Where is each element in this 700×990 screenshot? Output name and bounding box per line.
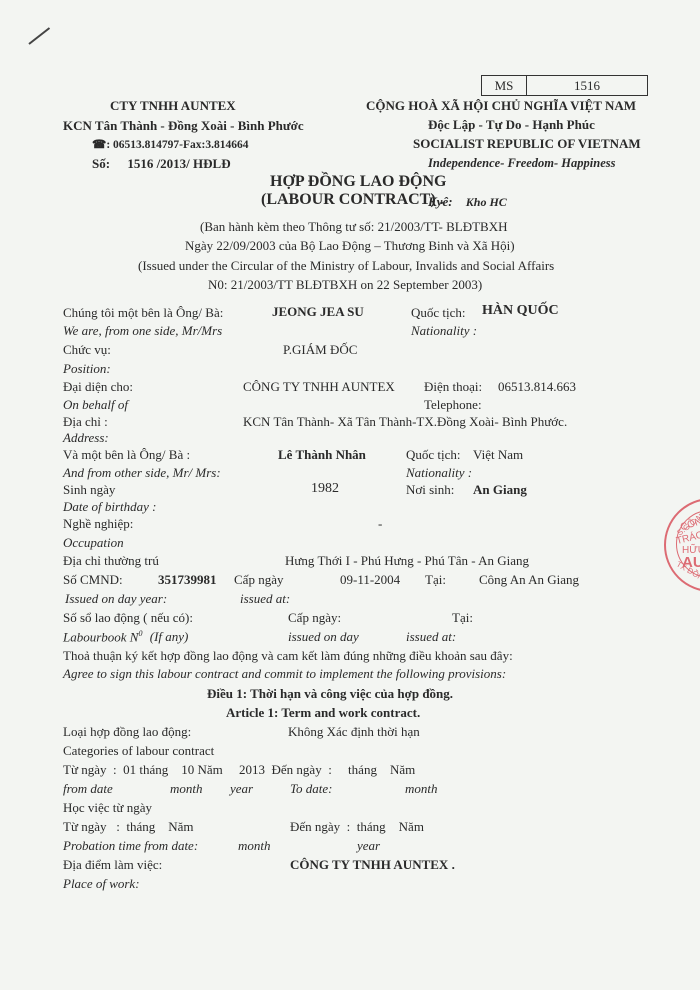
kye: Kyê: Kho HC bbox=[428, 194, 507, 210]
phone-fax: : 06513.814797-Fax:3.814664 bbox=[106, 139, 248, 151]
employee-birthplace: An Giang bbox=[473, 482, 527, 498]
term-dates-row: Từ ngày : 01 tháng 10 Năm 2013 Đến ngày … bbox=[63, 762, 415, 778]
title-vn: HỢP ĐỒNG LAO ĐỘNG bbox=[270, 173, 446, 191]
probation-from-en: Probation time from date: bbox=[63, 838, 198, 854]
employer-nationality-label-en: Nationality : bbox=[411, 323, 477, 339]
labourbook-issue-label-en: issued on day bbox=[288, 629, 359, 645]
workplace-value: CÔNG TY TNHH AUNTEX . bbox=[290, 857, 455, 873]
company-name: CTY TNHH AUNTEX bbox=[110, 98, 236, 114]
employee-id-issue-date: 09-11-2004 bbox=[340, 572, 400, 588]
id-place-label: Tại: bbox=[425, 572, 446, 588]
agreement-en: Agree to sign this labour contract and c… bbox=[63, 666, 506, 682]
labourbook-issue-label: Cấp ngày: bbox=[288, 610, 341, 626]
year-en: year bbox=[230, 781, 253, 797]
birth-label-vn: Sinh ngày bbox=[63, 482, 115, 498]
probation-year-en: year bbox=[357, 838, 380, 854]
id-label: Số CMND: bbox=[63, 572, 123, 588]
contract-number: Số: 1516 /2013/ HĐLĐ bbox=[92, 156, 231, 172]
employee-nationality: Việt Nam bbox=[473, 447, 523, 463]
article1-title-en: Article 1: Term and work contract. bbox=[226, 705, 420, 721]
to-date-en: To date: bbox=[290, 781, 333, 797]
employee-nationality-label: Quốc tịch: bbox=[406, 447, 461, 463]
country-vn: CỘNG HOÀ XÃ HỘI CHỦ NGHĨA VIỆT NAM bbox=[366, 98, 636, 114]
contract-type-label-vn: Loại hợp đồng lao động: bbox=[63, 724, 191, 740]
ms-value: 1516 bbox=[527, 76, 647, 95]
employee-name: Lê Thành Nhân bbox=[278, 447, 366, 463]
labourbook-label-vn: Số sổ lao động ( nếu có): bbox=[63, 610, 193, 626]
address-label-en: Address: bbox=[63, 430, 109, 446]
employer-position: P.GIÁM ĐỐC bbox=[283, 342, 357, 358]
ms-label: MS bbox=[482, 76, 527, 95]
issuance-line-1: (Ban hành kèm theo Thông tư số: 21/2003/… bbox=[200, 219, 507, 235]
id-issue-label-en: Issued on day year: bbox=[65, 591, 167, 607]
employer-name: JEONG JEA SU bbox=[272, 304, 364, 320]
title-en: (LABOUR CONTRACT) . bbox=[261, 191, 444, 209]
company-contact: ☎: 06513.814797-Fax:3.814664 bbox=[92, 137, 248, 151]
occupation-label-vn: Nghề nghiệp: bbox=[63, 516, 133, 532]
labourbook-sup: 0 bbox=[138, 629, 142, 638]
motto-en: Independence- Freedom- Happiness bbox=[428, 156, 615, 171]
workplace-label-en: Place of work: bbox=[63, 876, 140, 892]
article1-title-vn: Điều 1: Thời hạn và công việc của hợp đồ… bbox=[207, 686, 453, 702]
kye-value: Kho HC bbox=[466, 195, 507, 209]
number-value: 1516 /2013/ HĐLĐ bbox=[127, 156, 230, 171]
kye-label: Kyê: bbox=[428, 194, 453, 209]
behalf-label-vn: Đại diện cho: bbox=[63, 379, 133, 395]
employer-phone-label: Điện thoại: bbox=[424, 379, 482, 395]
phone-icon: ☎ bbox=[92, 139, 106, 151]
probation-to-vn: Đến ngày : tháng Năm bbox=[290, 819, 424, 835]
workplace-label-vn: Địa điểm làm việc: bbox=[63, 857, 162, 873]
employer-phone-label-en: Telephone: bbox=[424, 397, 482, 413]
ms-box: MS 1516 bbox=[481, 75, 648, 96]
residence-label: Địa chỉ thường trú bbox=[63, 553, 159, 569]
birthplace-label: Nơi sinh: bbox=[406, 482, 454, 498]
company-address: KCN Tân Thành - Đồng Xoài - Bình Phước bbox=[63, 118, 304, 134]
employee-id-number: 351739981 bbox=[158, 572, 217, 588]
pen-mark bbox=[28, 27, 50, 45]
employer-company: CÔNG TY TNHH AUNTEX bbox=[243, 379, 395, 395]
labourbook-place-label-en: issued at: bbox=[406, 629, 456, 645]
issuance-line-2: Ngày 22/09/2003 của Bộ Lao Động – Thương… bbox=[185, 238, 515, 254]
employer-phone: 06513.814.663 bbox=[498, 379, 576, 395]
agreement-vn: Thoả thuận ký kết hợp đồng lao động và c… bbox=[63, 648, 513, 664]
to-month-en: month bbox=[405, 781, 438, 797]
employee-nationality-label-en: Nationality : bbox=[406, 465, 472, 481]
id-place-label-en: issued at: bbox=[240, 591, 290, 607]
labourbook-if-any: (If any) bbox=[150, 629, 189, 644]
employee-residence: Hưng Thới I - Phú Hưng - Phú Tân - An Gi… bbox=[285, 553, 529, 569]
occupation-label-en: Occupation bbox=[63, 535, 124, 551]
country-en: SOCIALIST REPUBLIC OF VIETNAM bbox=[413, 136, 641, 152]
probation-label: Học việc từ ngày bbox=[63, 800, 152, 816]
position-label-en: Position: bbox=[63, 361, 111, 377]
employee-birth: 1982 bbox=[311, 481, 339, 497]
employer-nationality: HÀN QUỐC bbox=[482, 303, 559, 319]
company-stamp: S.G.C.N:4410230000 TX ĐỒNG X CÔNG TRÁCH … bbox=[664, 498, 700, 592]
position-label-vn: Chức vụ: bbox=[63, 342, 111, 358]
month-en: month bbox=[170, 781, 203, 797]
employer-label-en: We are, from one side, Mr/Mrs bbox=[63, 323, 222, 339]
labourbook-text: Labourbook N bbox=[63, 629, 138, 644]
employee-label-vn: Và một bên là Ông/ Bà : bbox=[63, 447, 190, 463]
labourbook-label-en: Labourbook N0 (If any) bbox=[63, 629, 188, 645]
id-issue-label: Cấp ngày bbox=[234, 572, 283, 588]
employee-occupation: - bbox=[378, 516, 382, 532]
employer-nationality-label: Quốc tịch: bbox=[411, 305, 466, 321]
number-label: Số: bbox=[92, 156, 110, 171]
contract-type-value: Không Xác định thời hạn bbox=[288, 724, 420, 740]
behalf-label-en: On behalf of bbox=[63, 397, 128, 413]
employee-label-en: And from other side, Mr/ Mrs: bbox=[63, 465, 221, 481]
birth-label-en: Date of birthday : bbox=[63, 499, 157, 515]
employer-label-vn: Chúng tôi một bên là Ông/ Bà: bbox=[63, 305, 223, 321]
issuance-line-4: N0: 21/2003/TT BLĐTBXH on 22 September 2… bbox=[208, 277, 482, 293]
issuance-line-3: (Issued under the Circular of the Minist… bbox=[138, 258, 554, 274]
labourbook-place-label: Tại: bbox=[452, 610, 473, 626]
employee-id-place: Công An An Giang bbox=[479, 572, 579, 588]
probation-from-vn: Từ ngày : tháng Năm bbox=[63, 819, 194, 835]
from-date-en: from date bbox=[63, 781, 113, 797]
stamp-line-4: AU bbox=[682, 554, 700, 571]
address-label-vn: Địa chỉ : bbox=[63, 414, 108, 430]
motto-vn: Độc Lập - Tự Do - Hạnh Phúc bbox=[428, 117, 595, 133]
employer-address: KCN Tân Thành- Xã Tân Thành-TX.Đồng Xoài… bbox=[243, 414, 567, 430]
contract-type-label-en: Categories of labour contract bbox=[63, 743, 214, 759]
probation-month-en: month bbox=[238, 838, 271, 854]
